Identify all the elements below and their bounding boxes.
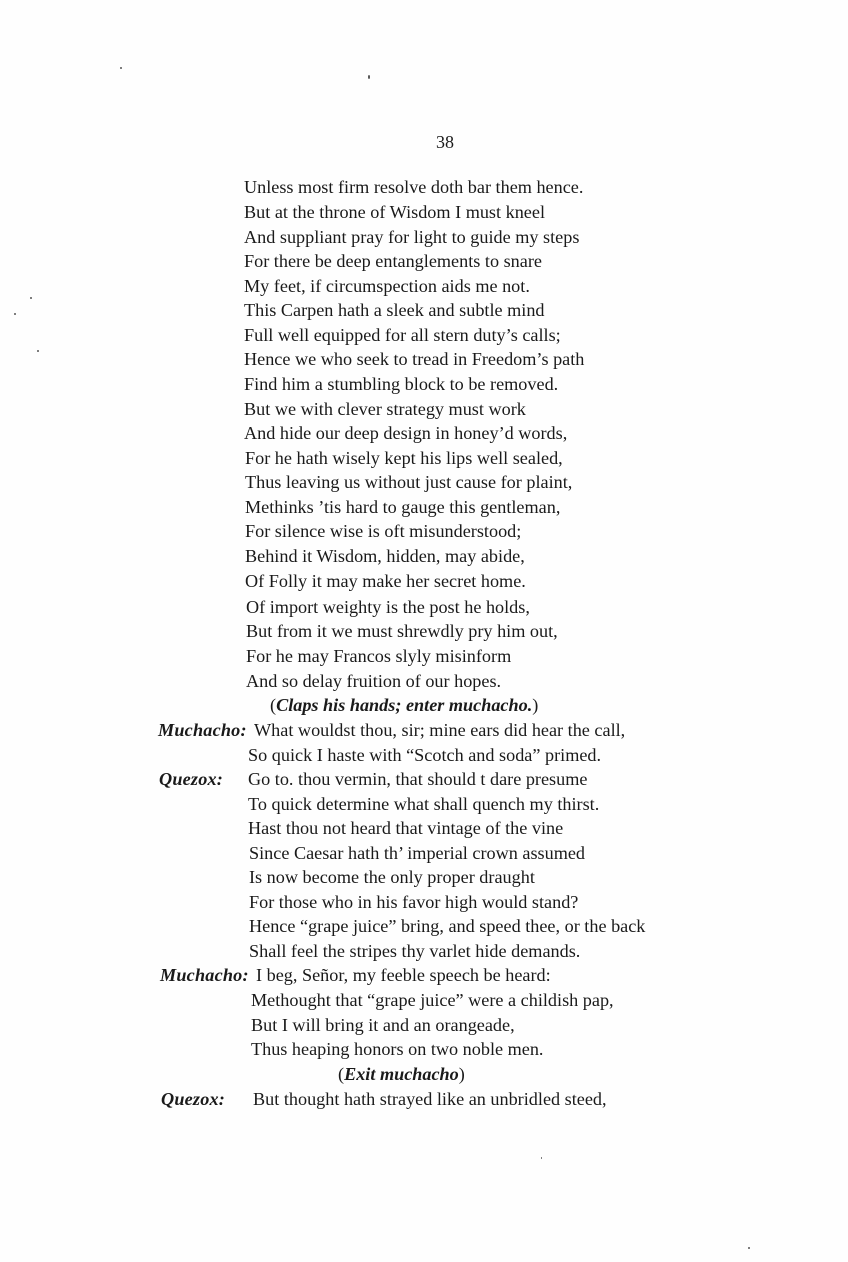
verse-line: For silence wise is oft misunderstood; bbox=[245, 519, 521, 543]
verse-line: And hide our deep design in honey’d word… bbox=[244, 421, 567, 445]
close-paren: ) bbox=[532, 695, 538, 715]
verse-line: But at the throne of Wisdom I must kneel bbox=[244, 200, 545, 224]
dialogue-line: I beg, Señor, my feeble speech be heard: bbox=[256, 963, 551, 987]
dialogue-line: What wouldst thou, sir; mine ears did he… bbox=[254, 718, 625, 742]
scan-speck bbox=[120, 67, 122, 69]
dialogue-line: Hast thou not heard that vintage of the … bbox=[248, 816, 563, 840]
verse-line: Thus leaving us without just cause for p… bbox=[245, 470, 572, 494]
verse-line: And suppliant pray for light to guide my… bbox=[244, 225, 579, 249]
verse-line: This Carpen hath a sleek and subtle mind bbox=[244, 298, 545, 322]
dialogue-line: But thought hath strayed like an unbridl… bbox=[253, 1087, 607, 1111]
page-number: 38 bbox=[0, 132, 848, 153]
verse-line: For there be deep entanglements to snare bbox=[244, 249, 542, 273]
verse-line: Unless most firm resolve doth bar them h… bbox=[244, 175, 583, 199]
close-paren: ) bbox=[459, 1064, 465, 1084]
stage-direction: (Claps his hands; enter muchacho.) bbox=[270, 693, 538, 717]
verse-line: But we with clever strategy must work bbox=[244, 397, 526, 421]
stage-direction-text: Claps his hands; enter muchacho. bbox=[276, 695, 532, 715]
verse-line: For he may Francos slyly misinform bbox=[246, 644, 511, 668]
verse-line: Behind it Wisdom, hidden, may abide, bbox=[245, 544, 525, 568]
verse-line: Hence we who seek to tread in Freedom’s … bbox=[244, 347, 584, 371]
scan-speck bbox=[14, 313, 16, 315]
verse-line: For he hath wisely kept his lips well se… bbox=[245, 446, 563, 470]
scan-speck bbox=[37, 350, 39, 352]
verse-line: Methinks ’tis hard to gauge this gentlem… bbox=[245, 495, 560, 519]
verse-line: My feet, if circumspection aids me not. bbox=[244, 274, 530, 298]
dialogue-line: Since Caesar hath th’ imperial crown ass… bbox=[249, 841, 585, 865]
scanned-book-page: 38 Unless most firm resolve doth bar the… bbox=[0, 0, 848, 1262]
verse-line: Find him a stumbling block to be removed… bbox=[244, 372, 558, 396]
verse-line: But from it we must shrewdly pry him out… bbox=[246, 619, 558, 643]
verse-line: Full well equipped for all stern duty’s … bbox=[244, 323, 561, 347]
dialogue-line: So quick I haste with “Scotch and soda” … bbox=[248, 743, 601, 767]
dialogue-line: Go to. thou vermin, that should t dare p… bbox=[248, 767, 587, 791]
stage-direction-text: Exit muchacho bbox=[344, 1064, 459, 1084]
dialogue-line: Shall feel the stripes thy varlet hide d… bbox=[249, 939, 580, 963]
verse-line: And so delay fruition of our hopes. bbox=[246, 669, 501, 693]
speaker-name: Quezox: bbox=[161, 1087, 225, 1111]
dialogue-line: To quick determine what shall quench my … bbox=[248, 792, 599, 816]
scan-speck bbox=[30, 297, 32, 299]
stage-direction: (Exit muchacho) bbox=[338, 1062, 465, 1086]
dialogue-line: But I will bring it and an orangeade, bbox=[251, 1013, 515, 1037]
verse-line: Of Folly it may make her secret home. bbox=[245, 569, 526, 593]
speaker-name: Muchacho: bbox=[158, 718, 247, 742]
dialogue-line: Hence “grape juice” bring, and speed the… bbox=[249, 914, 645, 938]
dialogue-line: Methought that “grape juice” were a chil… bbox=[251, 988, 614, 1012]
scan-speck bbox=[368, 75, 370, 79]
dialogue-line: For those who in his favor high would st… bbox=[249, 890, 578, 914]
dialogue-line: Thus heaping honors on two noble men. bbox=[251, 1037, 543, 1061]
speaker-name: Muchacho: bbox=[160, 963, 249, 987]
scan-speck bbox=[541, 1157, 542, 1159]
verse-line: Of import weighty is the post he holds, bbox=[246, 595, 530, 619]
scan-speck bbox=[748, 1247, 750, 1249]
dialogue-line: Is now become the only proper draught bbox=[249, 865, 535, 889]
speaker-name: Quezox: bbox=[159, 767, 223, 791]
